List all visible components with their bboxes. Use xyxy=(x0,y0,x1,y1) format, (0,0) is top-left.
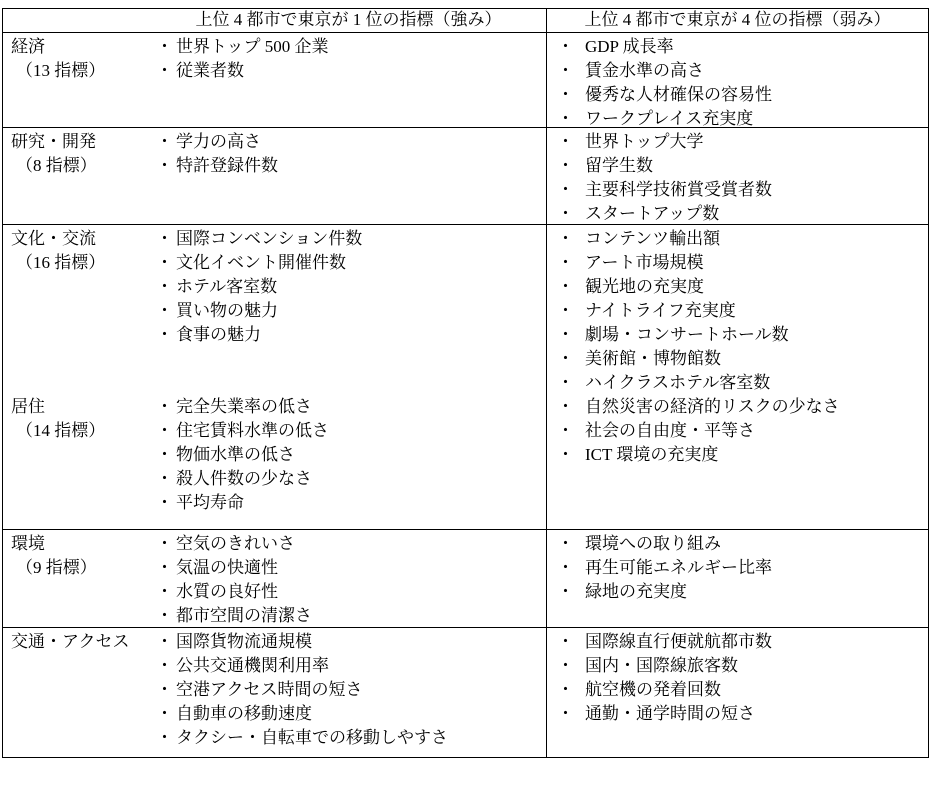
economy-category-col: 経済 （13 指標） xyxy=(11,35,156,127)
culture-living-left-cell: 文化・交流 （16 指標） 居住 （14 指標） ・国際コンベンション件数・文化… xyxy=(3,225,546,529)
indicator-item: ・社会の自由度・平等さ xyxy=(557,419,928,443)
transport-weaknesses-list: ・国際線直行便就航都市数・国内・国際線旅客数・航空機の発着回数・通勤・通学時間の… xyxy=(557,630,928,726)
indicator-item: ・食事の魅力 xyxy=(156,323,546,347)
bullet-icon: ・ xyxy=(557,654,585,678)
indicator-label: ホテル客室数 xyxy=(176,275,277,299)
economy-right-cell: ・GDP 成長率・賃金水準の高さ・優秀な人材確保の容易性・ワークプレイス充実度 xyxy=(546,33,928,127)
indicator-item: ・学力の高さ xyxy=(156,130,546,154)
table-row-research-development: 研究・開発 （8 指標） ・学力の高さ・特許登録件数 ・世界トップ大学・留学生数… xyxy=(3,127,928,224)
culture-living-category-col: 文化・交流 （16 指標） 居住 （14 指標） xyxy=(11,227,156,529)
category-label-environment: 環境 xyxy=(11,532,156,556)
indicator-label: 社会の自由度・平等さ xyxy=(585,419,755,443)
table-row-environment: 環境 （9 指標） ・空気のきれいさ・気温の快適性・水質の良好性・都市空間の清潔… xyxy=(3,529,928,627)
indicator-count-culture: （16 指標） xyxy=(11,251,156,275)
category-label-living: 居住 xyxy=(11,395,156,419)
indicator-item: ・水質の良好性 xyxy=(156,580,546,604)
indicator-item: ・自然災害の経済的リスクの少なさ xyxy=(557,395,928,419)
tokyo-indicator-comparison-table: 上位 4 都市で東京が 1 位の指標（強み） 上位 4 都市で東京が 4 位の指… xyxy=(2,8,929,758)
bullet-icon: ・ xyxy=(156,678,176,702)
indicator-item: ・住宅賃料水準の低さ xyxy=(156,419,546,443)
indicator-label: 国際コンベンション件数 xyxy=(176,227,362,251)
indicator-item: ・文化イベント開催件数 xyxy=(156,251,546,275)
bullet-icon: ・ xyxy=(156,702,176,726)
indicator-label: 食事の魅力 xyxy=(176,323,261,347)
rnd-weaknesses-list: ・世界トップ大学・留学生数・主要科学技術賞受賞者数・スタートアップ数 xyxy=(557,130,928,224)
indicator-item: ・コンテンツ輸出額 xyxy=(557,227,928,251)
indicator-label: 住宅賃料水準の低さ xyxy=(176,419,329,443)
indicator-item: ・ワークプレイス充実度 xyxy=(557,107,928,127)
bullet-icon: ・ xyxy=(156,130,176,154)
indicator-item: ・GDP 成長率 xyxy=(557,35,928,59)
bullet-icon: ・ xyxy=(156,299,176,323)
economy-left-cell: 経済 （13 指標） ・世界トップ 500 企業・従業者数 xyxy=(3,33,546,127)
rnd-strengths-list: ・学力の高さ・特許登録件数 xyxy=(156,130,546,224)
bullet-icon: ・ xyxy=(557,395,585,419)
bullet-icon: ・ xyxy=(156,532,176,556)
indicator-item: ・国際線直行便就航都市数 xyxy=(557,630,928,654)
bullet-icon: ・ xyxy=(557,419,585,443)
environment-category-col: 環境 （9 指標） xyxy=(11,532,156,627)
table-header-row: 上位 4 都市で東京が 1 位の指標（強み） 上位 4 都市で東京が 4 位の指… xyxy=(3,9,928,32)
indicator-label: 国際貨物流通規模 xyxy=(176,630,312,654)
indicator-label: 水質の良好性 xyxy=(176,580,278,604)
indicator-label: 学力の高さ xyxy=(176,130,261,154)
indicator-item: ・アート市場規模 xyxy=(557,251,928,275)
bullet-icon: ・ xyxy=(557,130,585,154)
bullet-icon: ・ xyxy=(557,556,585,580)
indicator-label: 航空機の発着回数 xyxy=(585,678,721,702)
indicator-item: ・殺人件数の少なさ xyxy=(156,467,546,491)
living-category-group: 居住 （14 指標） xyxy=(11,395,156,443)
bullet-icon: ・ xyxy=(557,227,585,251)
indicator-label: 完全失業率の低さ xyxy=(176,395,312,419)
indicator-label: 環境への取り組み xyxy=(585,532,721,556)
indicator-label: ハイクラスホテル客室数 xyxy=(585,371,770,395)
transport-strengths-list: ・国際貨物流通規模・公共交通機関利用率・空港アクセス時間の短さ・自動車の移動速度… xyxy=(156,630,546,757)
indicator-label: スタートアップ数 xyxy=(585,202,719,224)
indicator-label: 空気のきれいさ xyxy=(176,532,295,556)
bullet-icon: ・ xyxy=(156,395,176,419)
bullet-icon: ・ xyxy=(557,59,585,83)
indicator-item: ・世界トップ大学 xyxy=(557,130,928,154)
indicator-count-economy: （13 指標） xyxy=(11,59,156,83)
category-label-rnd: 研究・開発 xyxy=(11,130,156,154)
indicator-item: ・スタートアップ数 xyxy=(557,202,928,224)
indicator-label: 物価水準の低さ xyxy=(176,443,295,467)
bullet-icon: ・ xyxy=(557,107,585,127)
environment-left-cell: 環境 （9 指標） ・空気のきれいさ・気温の快適性・水質の良好性・都市空間の清潔… xyxy=(3,530,546,627)
bullet-icon: ・ xyxy=(156,275,176,299)
indicator-label: ナイトライフ充実度 xyxy=(585,299,736,323)
indicator-count-rnd: （8 指標） xyxy=(11,154,156,178)
bullet-icon: ・ xyxy=(557,580,585,604)
indicator-item: ・ハイクラスホテル客室数 xyxy=(557,371,928,395)
indicator-item: ・空気のきれいさ xyxy=(156,532,546,556)
indicator-label: 文化イベント開催件数 xyxy=(176,251,346,275)
indicator-item: ・平均寿命 xyxy=(156,491,546,515)
indicator-label: アート市場規模 xyxy=(585,251,704,275)
indicator-label: 留学生数 xyxy=(585,154,653,178)
environment-right-cell: ・環境への取り組み・再生可能エネルギー比率・緑地の充実度 xyxy=(546,530,928,627)
indicator-label: 美術館・博物館数 xyxy=(585,347,721,371)
bullet-icon: ・ xyxy=(156,419,176,443)
bullet-icon: ・ xyxy=(156,630,176,654)
bullet-icon: ・ xyxy=(557,702,585,726)
bullet-icon: ・ xyxy=(557,532,585,556)
economy-weaknesses-list: ・GDP 成長率・賃金水準の高さ・優秀な人材確保の容易性・ワークプレイス充実度 xyxy=(557,35,928,127)
indicator-item: ・買い物の魅力 xyxy=(156,299,546,323)
indicator-item: ・気温の快適性 xyxy=(156,556,546,580)
indicator-item: ・劇場・コンサートホール数 xyxy=(557,323,928,347)
bullet-icon: ・ xyxy=(156,35,176,59)
indicator-label: 国内・国際線旅客数 xyxy=(585,654,738,678)
indicator-item: ・空港アクセス時間の短さ xyxy=(156,678,546,702)
bullet-icon: ・ xyxy=(557,178,585,202)
table-row-transport-access: 交通・アクセス ・国際貨物流通規模・公共交通機関利用率・空港アクセス時間の短さ・… xyxy=(3,627,928,757)
economy-strengths-list: ・世界トップ 500 企業・従業者数 xyxy=(156,35,546,127)
bullet-icon: ・ xyxy=(156,726,176,750)
indicator-label: 再生可能エネルギー比率 xyxy=(585,556,772,580)
indicator-label: コンテンツ輸出額 xyxy=(585,227,720,251)
category-label-transport: 交通・アクセス xyxy=(11,630,156,654)
indicator-item: ・完全失業率の低さ xyxy=(156,395,546,419)
indicator-item: ・通勤・通学時間の短さ xyxy=(557,702,928,726)
indicator-label: 国際線直行便就航都市数 xyxy=(585,630,772,654)
transport-category-col: 交通・アクセス xyxy=(11,630,156,757)
indicator-label: 通勤・通学時間の短さ xyxy=(585,702,755,726)
bullet-icon: ・ xyxy=(557,275,585,299)
indicator-item: ・世界トップ 500 企業 xyxy=(156,35,546,59)
indicator-item: ・ホテル客室数 xyxy=(156,275,546,299)
indicator-item: ・都市空間の清潔さ xyxy=(156,604,546,627)
table-row-culture-and-living: 文化・交流 （16 指標） 居住 （14 指標） ・国際コンベンション件数・文化… xyxy=(3,224,928,529)
transport-right-cell: ・国際線直行便就航都市数・国内・国際線旅客数・航空機の発着回数・通勤・通学時間の… xyxy=(546,628,928,757)
indicator-label: 買い物の魅力 xyxy=(176,299,278,323)
indicator-label: タクシー・自転車での移動しやすさ xyxy=(176,726,448,750)
environment-weaknesses-list: ・環境への取り組み・再生可能エネルギー比率・緑地の充実度 xyxy=(557,532,928,604)
indicator-item: ・再生可能エネルギー比率 xyxy=(557,556,928,580)
bullet-icon: ・ xyxy=(557,83,585,107)
culture-strengths-list: ・国際コンベンション件数・文化イベント開催件数・ホテル客室数・買い物の魅力・食事… xyxy=(156,227,546,347)
indicator-item: ・美術館・博物館数 xyxy=(557,347,928,371)
culture-weaknesses-list: ・コンテンツ輸出額・アート市場規模・観光地の充実度・ナイトライフ充実度・劇場・コ… xyxy=(557,227,928,395)
bullet-icon: ・ xyxy=(156,654,176,678)
indicator-label: 自然災害の経済的リスクの少なさ xyxy=(585,395,840,419)
bullet-icon: ・ xyxy=(156,604,176,627)
bullet-icon: ・ xyxy=(557,299,585,323)
category-label-culture: 文化・交流 xyxy=(11,227,156,251)
header-strengths-column: 上位 4 都市で東京が 1 位の指標（強み） xyxy=(3,9,546,32)
indicator-label: GDP 成長率 xyxy=(585,35,674,59)
indicator-item: ・特許登録件数 xyxy=(156,154,546,178)
rnd-category-col: 研究・開発 （8 指標） xyxy=(11,130,156,224)
indicator-label: 平均寿命 xyxy=(176,491,244,515)
indicator-item: ・ICT 環境の充実度 xyxy=(557,443,928,467)
indicator-item: ・国際貨物流通規模 xyxy=(156,630,546,654)
indicator-label: 劇場・コンサートホール数 xyxy=(585,323,789,347)
transport-left-cell: 交通・アクセス ・国際貨物流通規模・公共交通機関利用率・空港アクセス時間の短さ・… xyxy=(3,628,546,757)
living-strengths-list: ・完全失業率の低さ・住宅賃料水準の低さ・物価水準の低さ・殺人件数の少なさ・平均寿… xyxy=(156,395,546,515)
indicator-label: ワークプレイス充実度 xyxy=(585,107,753,127)
rnd-right-cell: ・世界トップ大学・留学生数・主要科学技術賞受賞者数・スタートアップ数 xyxy=(546,128,928,224)
indicator-label: 賃金水準の高さ xyxy=(585,59,704,83)
indicator-count-living: （14 指標） xyxy=(11,419,156,443)
indicator-item: ・観光地の充実度 xyxy=(557,275,928,299)
bullet-icon: ・ xyxy=(557,35,585,59)
indicator-label: 観光地の充実度 xyxy=(585,275,704,299)
table-row-economy: 経済 （13 指標） ・世界トップ 500 企業・従業者数 ・GDP 成長率・賃… xyxy=(3,32,928,127)
indicator-item: ・自動車の移動速度 xyxy=(156,702,546,726)
rnd-left-cell: 研究・開発 （8 指標） ・学力の高さ・特許登録件数 xyxy=(3,128,546,224)
header-weaknesses-column: 上位 4 都市で東京が 4 位の指標（弱み） xyxy=(546,9,928,32)
bullet-icon: ・ xyxy=(156,491,176,515)
indicator-item: ・優秀な人材確保の容易性 xyxy=(557,83,928,107)
indicator-item: ・従業者数 xyxy=(156,59,546,83)
indicator-item: ・留学生数 xyxy=(557,154,928,178)
indicator-label: 殺人件数の少なさ xyxy=(176,467,312,491)
indicator-item: ・国際コンベンション件数 xyxy=(156,227,546,251)
bullet-icon: ・ xyxy=(557,630,585,654)
bullet-icon: ・ xyxy=(557,323,585,347)
bullet-icon: ・ xyxy=(156,443,176,467)
bullet-icon: ・ xyxy=(557,443,585,467)
indicator-count-environment: （9 指標） xyxy=(11,556,156,580)
indicator-label: 空港アクセス時間の短さ xyxy=(176,678,363,702)
indicator-item: ・航空機の発着回数 xyxy=(557,678,928,702)
indicator-label: 自動車の移動速度 xyxy=(176,702,312,726)
bullet-icon: ・ xyxy=(156,227,176,251)
indicator-item: ・ナイトライフ充実度 xyxy=(557,299,928,323)
indicator-item: ・環境への取り組み xyxy=(557,532,928,556)
culture-living-strengths-col: ・国際コンベンション件数・文化イベント開催件数・ホテル客室数・買い物の魅力・食事… xyxy=(156,227,546,529)
bullet-icon: ・ xyxy=(156,59,176,83)
indicator-label: 緑地の充実度 xyxy=(585,580,687,604)
environment-strengths-list: ・空気のきれいさ・気温の快適性・水質の良好性・都市空間の清潔さ xyxy=(156,532,546,627)
bullet-icon: ・ xyxy=(557,347,585,371)
indicator-label: 都市空間の清潔さ xyxy=(176,604,312,627)
indicator-label: 優秀な人材確保の容易性 xyxy=(585,83,772,107)
indicator-item: ・物価水準の低さ xyxy=(156,443,546,467)
bullet-icon: ・ xyxy=(156,580,176,604)
bullet-icon: ・ xyxy=(156,323,176,347)
indicator-label: 公共交通機関利用率 xyxy=(176,654,329,678)
indicator-item: ・賃金水準の高さ xyxy=(557,59,928,83)
bullet-icon: ・ xyxy=(156,467,176,491)
indicator-item: ・緑地の充実度 xyxy=(557,580,928,604)
bullet-icon: ・ xyxy=(557,251,585,275)
indicator-item: ・タクシー・自転車での移動しやすさ xyxy=(156,726,546,750)
culture-living-right-cell: ・コンテンツ輸出額・アート市場規模・観光地の充実度・ナイトライフ充実度・劇場・コ… xyxy=(546,225,928,529)
indicator-label: ICT 環境の充実度 xyxy=(585,443,718,467)
bullet-icon: ・ xyxy=(156,556,176,580)
bullet-icon: ・ xyxy=(156,154,176,178)
bullet-icon: ・ xyxy=(557,202,585,224)
bullet-icon: ・ xyxy=(557,371,585,395)
bullet-icon: ・ xyxy=(557,154,585,178)
bullet-icon: ・ xyxy=(156,251,176,275)
indicator-label: 主要科学技術賞受賞者数 xyxy=(585,178,772,202)
indicator-item: ・主要科学技術賞受賞者数 xyxy=(557,178,928,202)
indicator-label: 世界トップ 500 企業 xyxy=(176,35,329,59)
indicator-label: 気温の快適性 xyxy=(176,556,278,580)
indicator-label: 世界トップ大学 xyxy=(585,130,704,154)
indicator-label: 従業者数 xyxy=(176,59,244,83)
living-weaknesses-list: ・自然災害の経済的リスクの少なさ・社会の自由度・平等さ・ICT 環境の充実度 xyxy=(557,395,928,467)
bullet-icon: ・ xyxy=(557,678,585,702)
indicator-item: ・国内・国際線旅客数 xyxy=(557,654,928,678)
category-label-economy: 経済 xyxy=(11,35,156,59)
indicator-item: ・公共交通機関利用率 xyxy=(156,654,546,678)
culture-category-group: 文化・交流 （16 指標） xyxy=(11,227,156,275)
indicator-label: 特許登録件数 xyxy=(176,154,278,178)
